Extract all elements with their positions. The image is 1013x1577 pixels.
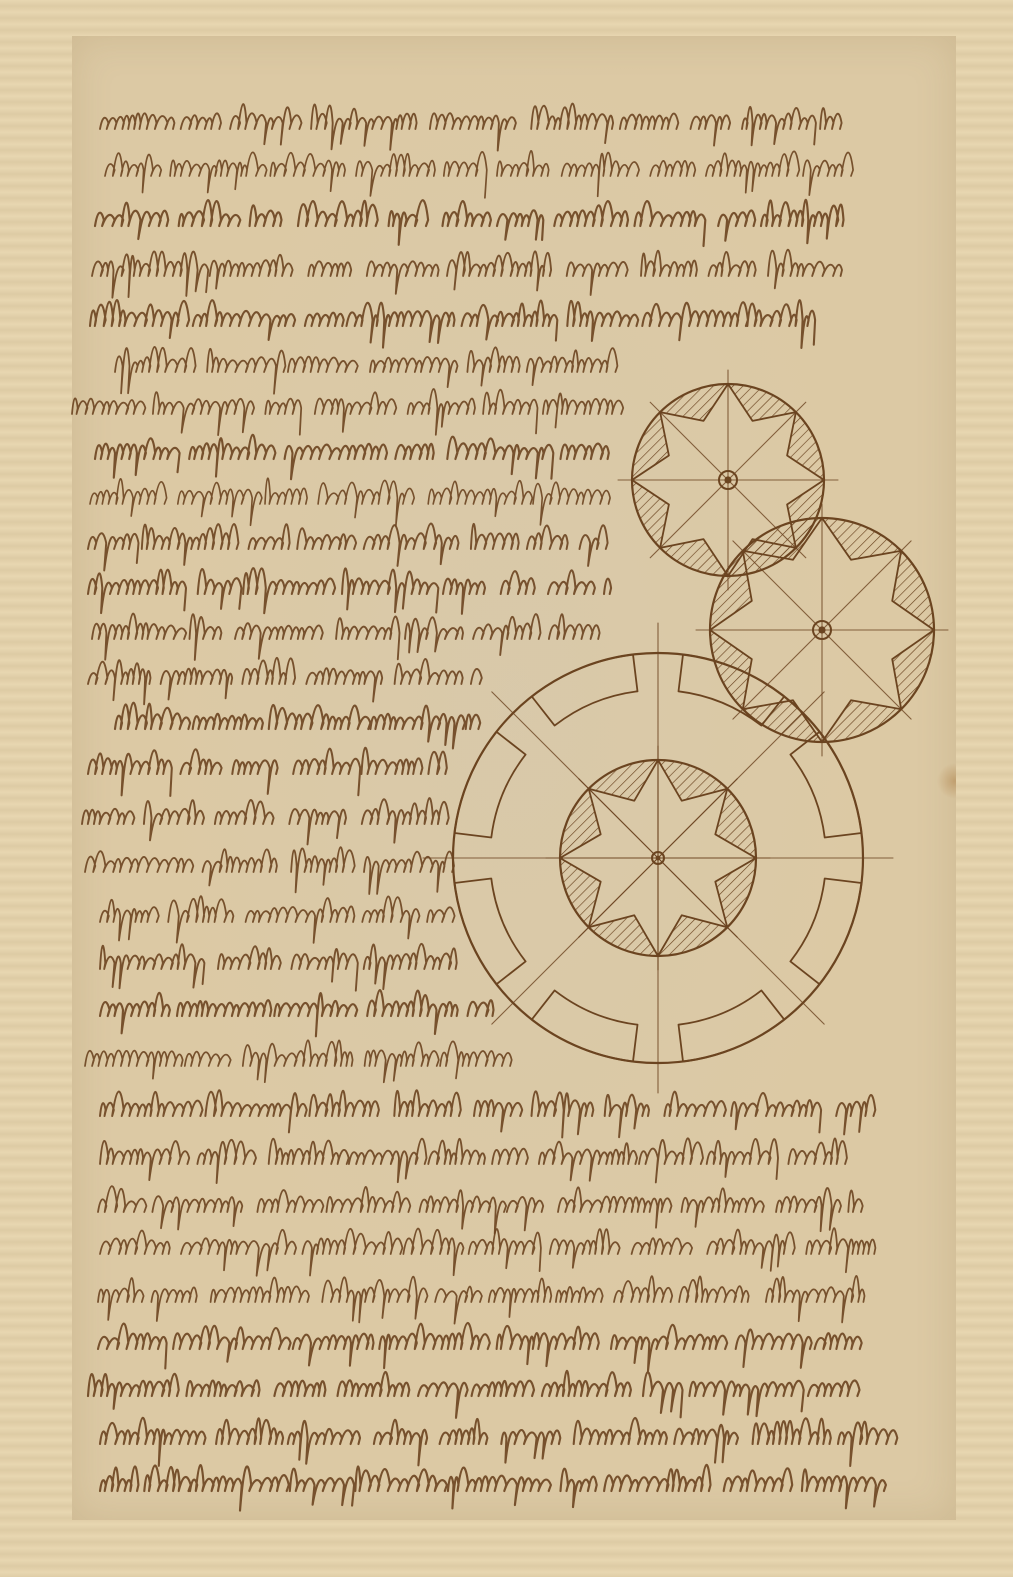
handwritten-line <box>82 798 449 844</box>
handwritten-line <box>115 347 617 394</box>
handwritten-line <box>100 1418 897 1466</box>
handwritten-line <box>100 1465 886 1511</box>
handwritten-line <box>92 614 600 660</box>
handwritten-line <box>100 896 455 943</box>
handwritten-line <box>98 1186 863 1234</box>
handwritten-line <box>95 200 844 246</box>
handwritten-line <box>98 1323 862 1371</box>
gear-diagrams <box>423 370 948 1093</box>
handwritten-line <box>90 478 610 525</box>
handwritten-line <box>100 1228 875 1276</box>
handwritten-line <box>98 1276 865 1324</box>
handwritten-line <box>85 1040 512 1082</box>
handwritten-line <box>88 1371 860 1418</box>
handwritten-line <box>100 944 457 991</box>
handwritten-line <box>100 1138 847 1183</box>
handwritten-line <box>100 104 842 151</box>
handwritten-line <box>88 658 482 704</box>
handwritten-line <box>115 703 480 749</box>
gear-small-upper <box>618 370 838 590</box>
handwritten-text-block <box>72 104 897 1511</box>
handwritten-line <box>92 250 842 298</box>
handwritten-line <box>72 389 623 435</box>
handwritten-line <box>88 748 447 796</box>
handwritten-line <box>88 524 608 571</box>
gear-large-ring <box>423 623 893 1093</box>
gear-small-lower <box>696 504 948 756</box>
handwritten-line <box>100 990 494 1036</box>
handwritten-line <box>85 847 454 894</box>
manuscript-artwork <box>0 0 1013 1577</box>
handwritten-line <box>100 1090 875 1137</box>
handwritten-line <box>105 151 853 198</box>
handwritten-line <box>90 300 815 348</box>
handwritten-line <box>95 435 609 479</box>
handwritten-line <box>88 568 611 614</box>
